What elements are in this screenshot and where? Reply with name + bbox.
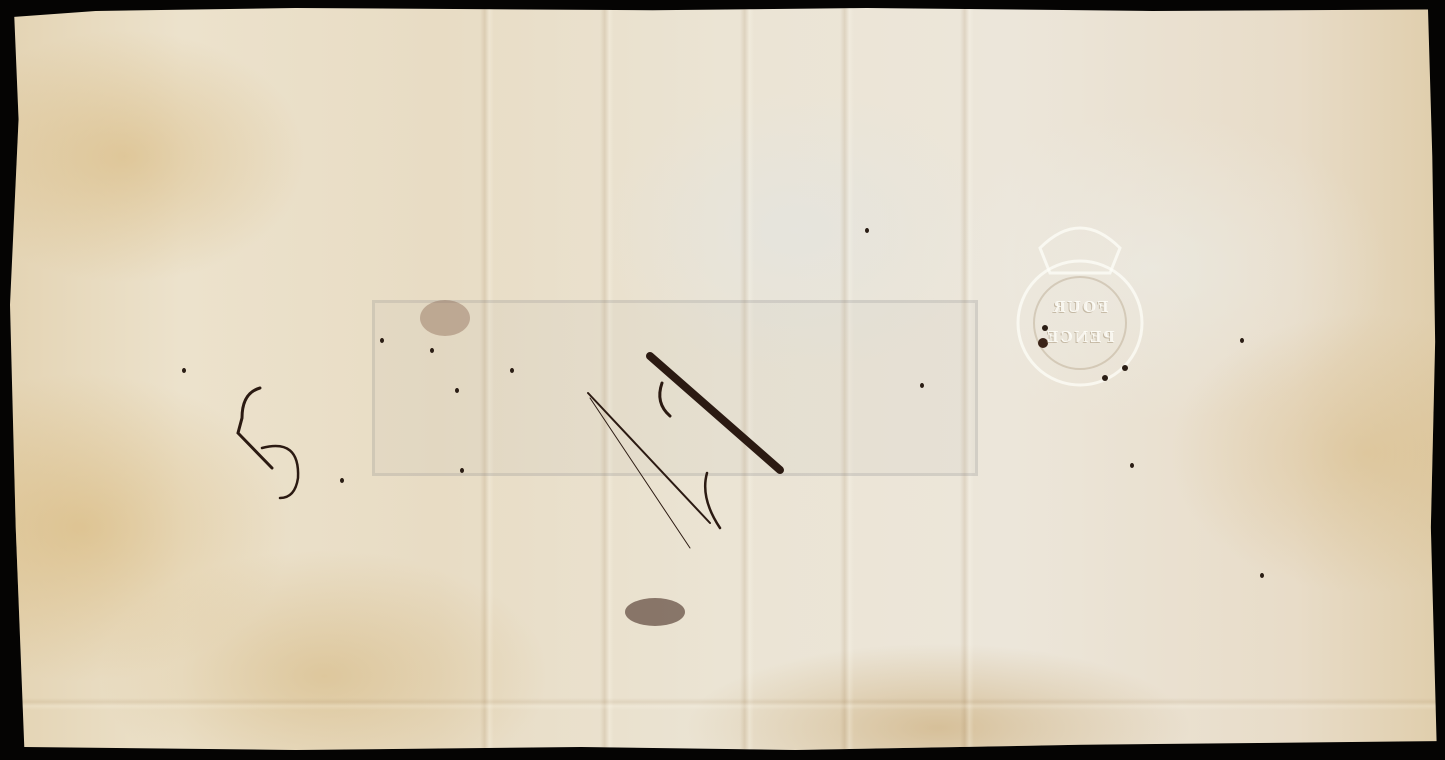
pin-hole xyxy=(430,348,434,353)
pin-hole xyxy=(1260,573,1264,578)
pin-hole xyxy=(455,388,459,393)
photo-background: FOUR PENCE xyxy=(0,0,1445,760)
handwritten-ink-marks xyxy=(10,8,1438,750)
pin-hole xyxy=(182,368,186,373)
pin-hole xyxy=(1240,338,1244,343)
pin-hole xyxy=(865,228,869,233)
pin-hole xyxy=(460,468,464,473)
pin-hole xyxy=(1130,463,1134,468)
pin-hole xyxy=(340,478,344,483)
pin-hole xyxy=(380,338,384,343)
banknote-paper: FOUR PENCE xyxy=(10,8,1438,750)
pin-hole xyxy=(510,368,514,373)
pin-hole xyxy=(920,383,924,388)
